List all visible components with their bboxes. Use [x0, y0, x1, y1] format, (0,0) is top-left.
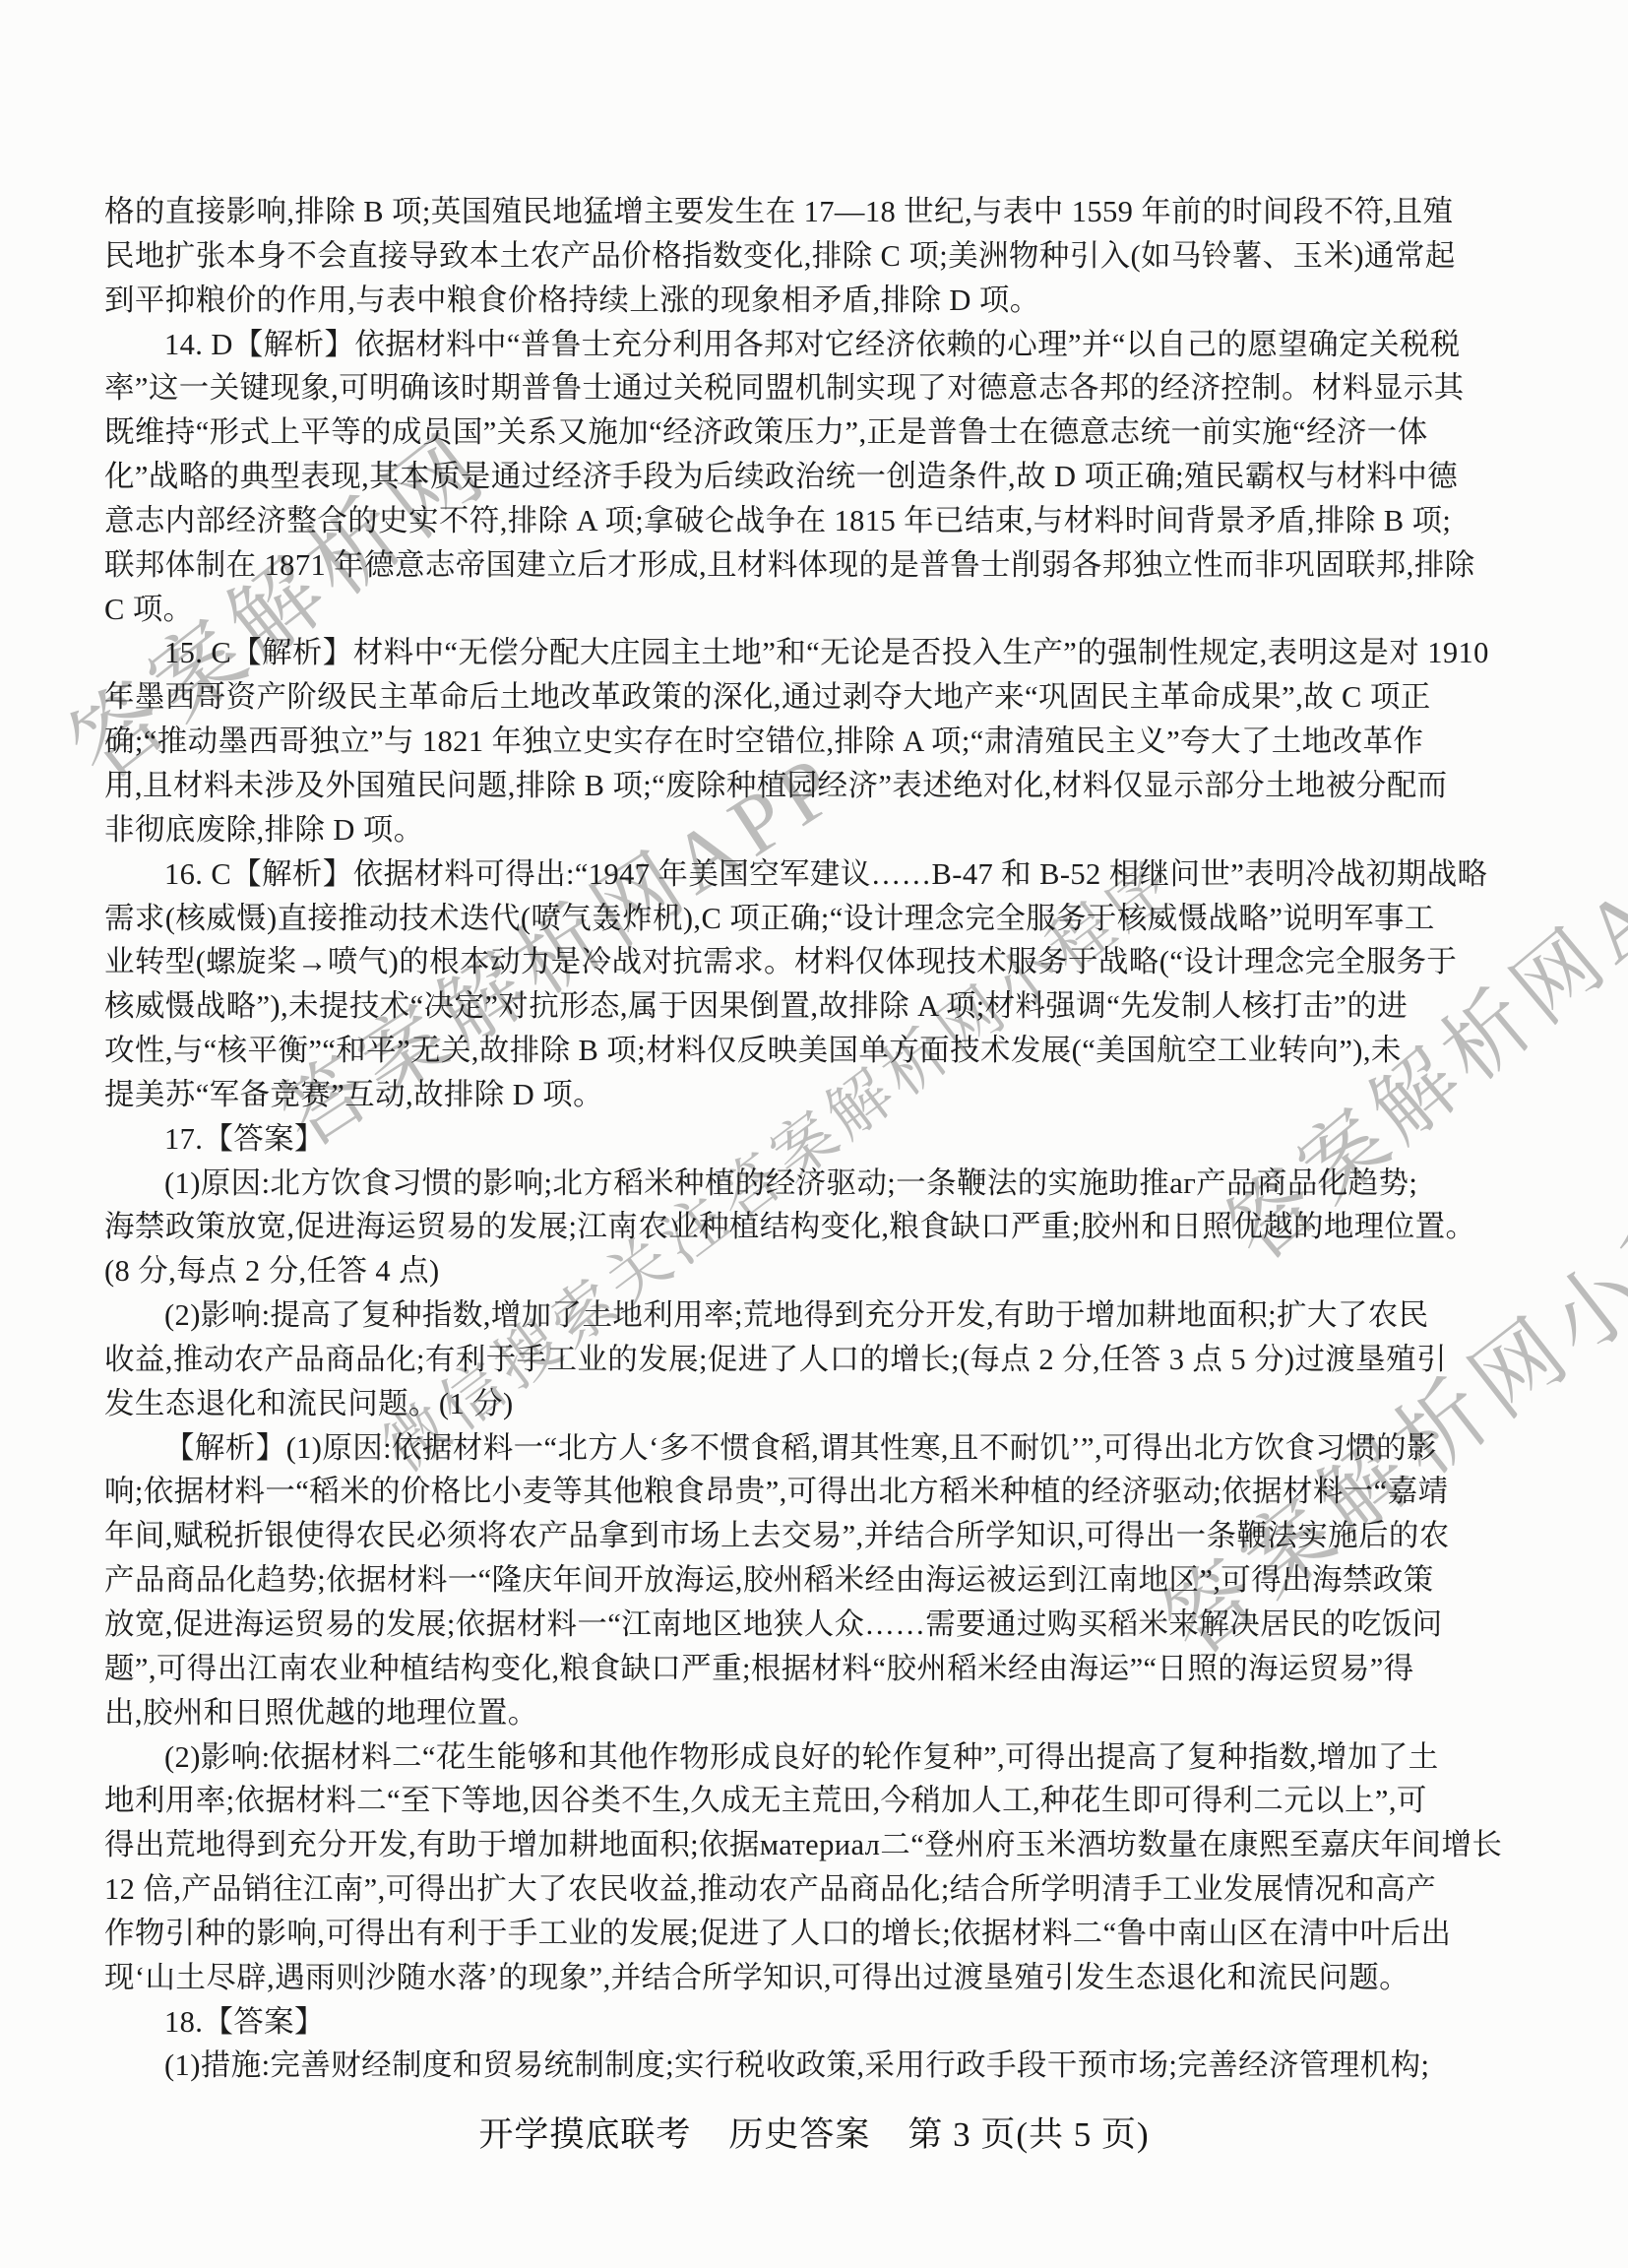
text-line: 民地扩张本身不会直接导致本土农产品价格指数变化,排除 C 项;美洲物种引入(如马… — [104, 234, 1530, 279]
text-line: 提美苏“军备竞赛”互动,故排除 D 项。 — [104, 1073, 1530, 1117]
text-line: C 项。 — [104, 588, 1530, 632]
text-line: 得出荒地得到充分开发,有助于增加耕地面积;依据материал二“登州府玉米酒坊… — [104, 1823, 1530, 1867]
text-line: 产品商品化趋势;依据材料一“隆庆年间开放海运,胶州稻米经由海运被运到江南地区”,… — [104, 1558, 1530, 1603]
text-line: 15. C【解析】材料中“无偿分配大庄园主土地”和“无论是否投入生产”的强制性规… — [104, 631, 1530, 675]
footer-page-number: 第 3 页(共 5 页) — [908, 2108, 1149, 2157]
text-line: 联邦体制在 1871 年德意志帝国建立后才形成,且材料体现的是普鲁士削弱各邦独立… — [104, 543, 1530, 588]
text-line: 攻性,与“核平衡”“和平”无关,故排除 B 项;材料仅反映美国单方面技术发展(“… — [104, 1029, 1530, 1073]
text-line: 放宽,促进海运贸易的发展;依据材料一“江南地区地狭人众……需要通过购买稻米来解决… — [104, 1603, 1530, 1647]
text-line: (1)原因:北方饮食习惯的影响;北方稻米种植的经济驱动;一条鞭法的实施助推аг产… — [104, 1162, 1530, 1206]
text-line: 到平抑粮价的作用,与表中粮食价格持续上涨的现象相矛盾,排除 D 项。 — [104, 279, 1530, 323]
text-line: 化”战略的典型表现,其本质是通过经济手段为后续政治统一创造条件,故 D 项正确;… — [104, 455, 1530, 499]
text-line: 【解析】(1)原因:依据材料一“北方人‘多不惯食稻,谓其性寒,且不耐饥’”,可得… — [104, 1426, 1530, 1471]
text-line: 发生态退化和流民问题。(1 分) — [104, 1382, 1530, 1426]
text-line: 12 倍,产品销往江南”,可得出扩大了农民收益,推动农产品商品化;结合所学明清手… — [104, 1867, 1530, 1912]
text-line: 率”这一关键现象,可明确该时期普鲁士通过关税同盟机制实现了对德意志各邦的经济控制… — [104, 366, 1530, 410]
text-line: (8 分,每点 2 分,任答 4 点) — [104, 1249, 1530, 1293]
footer-subject: 历史答案 — [728, 2108, 870, 2157]
text-line: 既维持“形式上平等的成员国”关系又施加“经济政策压力”,正是普鲁士在德意志统一前… — [104, 410, 1530, 455]
text-line: 地利用率;依据材料二“至下等地,因谷类不生,久成无主荒田,今稍加人工,种花生即可… — [104, 1779, 1530, 1823]
text-line: 用,且材料未涉及外国殖民问题,排除 B 项;“废除种植园经济”表述绝对化,材料仅… — [104, 764, 1530, 808]
answer-key-page: 答案解析网答案解析网APP微信搜索关注答案解析网小程序答案解析网小程序答案解析网… — [0, 0, 1628, 2268]
page-footer: 开学摸底联考历史答案第 3 页(共 5 页) — [0, 2108, 1628, 2157]
text-line: 18.【答案】 — [104, 2000, 1530, 2045]
text-line: 年间,赋税折银使得农民必须将农产品拿到市场上去交易”,并结合所学知识,可得出一条… — [104, 1514, 1530, 1558]
text-line: 现‘山土尽辟,遇雨则沙随水落’的现象”,并结合所学知识,可得出过渡垦殖引发生态退… — [104, 1956, 1530, 2000]
text-line: 格的直接影响,排除 B 项;英国殖民地猛增主要发生在 17—18 世纪,与表中 … — [104, 190, 1530, 234]
text-line: 需求(核威慑)直接推动技术迭代(喷气轰炸机),C 项正确;“设计理念完全服务于核… — [104, 897, 1530, 941]
text-line: 16. C【解析】依据材料可得出:“1947 年美国空军建议……B-47 和 B… — [104, 852, 1530, 897]
text-line: 海禁政策放宽,促进海运贸易的发展;江南农业种植结构变化,粮食缺口严重;胶州和日照… — [104, 1205, 1530, 1249]
text-line: (2)影响:提高了复种指数,增加了土地利用率;荒地得到充分开发,有助于增加耕地面… — [104, 1293, 1530, 1338]
text-line: 题”,可得出江南农业种植结构变化,粮食缺口严重;根据材料“胶州稻米经由海运”“日… — [104, 1647, 1530, 1691]
footer-exam-name: 开学摸底联考 — [478, 2108, 691, 2157]
text-line: 核威慑战略”),未提技术“决定”对抗形态,属于因果倒置,故排除 A 项;材料强调… — [104, 984, 1530, 1029]
text-line: 响;依据材料一“稻米的价格比小麦等其他粮食昂贵”,可得出北方稻米种植的经济驱动;… — [104, 1470, 1530, 1514]
text-line: 17.【答案】 — [104, 1117, 1530, 1162]
text-line: 意志内部经济整合的史实不符,排除 A 项;拿破仑战争在 1815 年已结束,与材… — [104, 499, 1530, 543]
text-line: 非彻底废除,排除 D 项。 — [104, 808, 1530, 852]
text-line: 年墨西哥资产阶级民主革命后土地改革政策的深化,通过剥夺大地产来“巩固民主革命成果… — [104, 675, 1530, 720]
text-line: 业转型(螺旋桨→喷气)的根本动力是冷战对抗需求。材料仅体现技术服务于战略(“设计… — [104, 940, 1530, 984]
text-line: (2)影响:依据材料二“花生能够和其他作物形成良好的轮作复种”,可得出提高了复种… — [104, 1735, 1530, 1780]
text-line: 14. D【解析】依据材料中“普鲁士充分利用各邦对它经济依赖的心理”并“以自己的… — [104, 323, 1530, 367]
text-line: (1)措施:完善财经制度和贸易统制制度;实行税收政策,采用行政手段干预市场;完善… — [104, 2044, 1530, 2088]
text-line: 作物引种的影响,可得出有利于手工业的发展;促进了人口的增长;依据材料二“鲁中南山… — [104, 1912, 1530, 1956]
text-lines: 格的直接影响,排除 B 项;英国殖民地猛增主要发生在 17—18 世纪,与表中 … — [104, 190, 1530, 2088]
text-line: 确;“推动墨西哥独立”与 1821 年独立史实存在时空错位,排除 A 项;“肃清… — [104, 720, 1530, 764]
text-line: 出,胶州和日照优越的地理位置。 — [104, 1691, 1530, 1735]
text-line: 收益,推动农产品商品化;有利于手工业的发展;促进了人口的增长;(每点 2 分,任… — [104, 1338, 1530, 1382]
